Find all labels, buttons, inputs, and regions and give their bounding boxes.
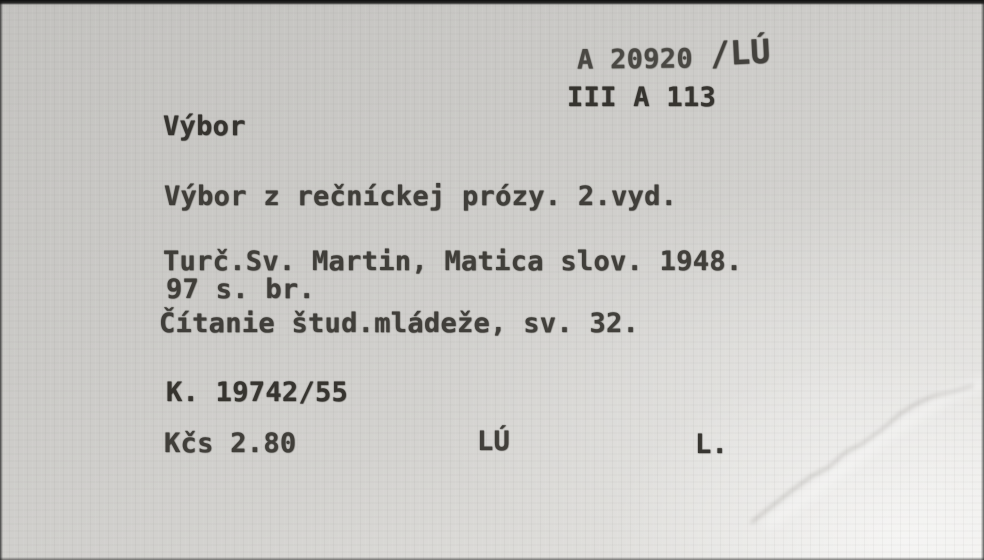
- scan-edge-top: [0, 0, 984, 5]
- scan-edge-left: [0, 0, 3, 560]
- handwritten-mark: /LÚ: [709, 31, 772, 74]
- record-number: K. 19742/55: [166, 377, 348, 409]
- collation-line: 97 s. br.: [166, 274, 315, 306]
- heading-entry: Výbor: [163, 111, 246, 143]
- catalog-card-paper: [0, 0, 984, 560]
- series-note: Čítanie štud.mládeže, sv. 32.: [159, 308, 639, 340]
- shelf-mark: III A 113: [567, 82, 716, 114]
- title-statement: Výbor z rečníckej prózy. 2.vyd.: [164, 181, 677, 213]
- accession-number: A 20920: [577, 43, 693, 77]
- price: Kčs 2.80: [164, 428, 296, 460]
- scanned-catalog-card-image: A 20920 /LÚ III A 113 Výbor Výbor z rečn…: [0, 0, 984, 560]
- initials-center: LÚ: [477, 426, 510, 458]
- initials-right: L.: [695, 429, 728, 461]
